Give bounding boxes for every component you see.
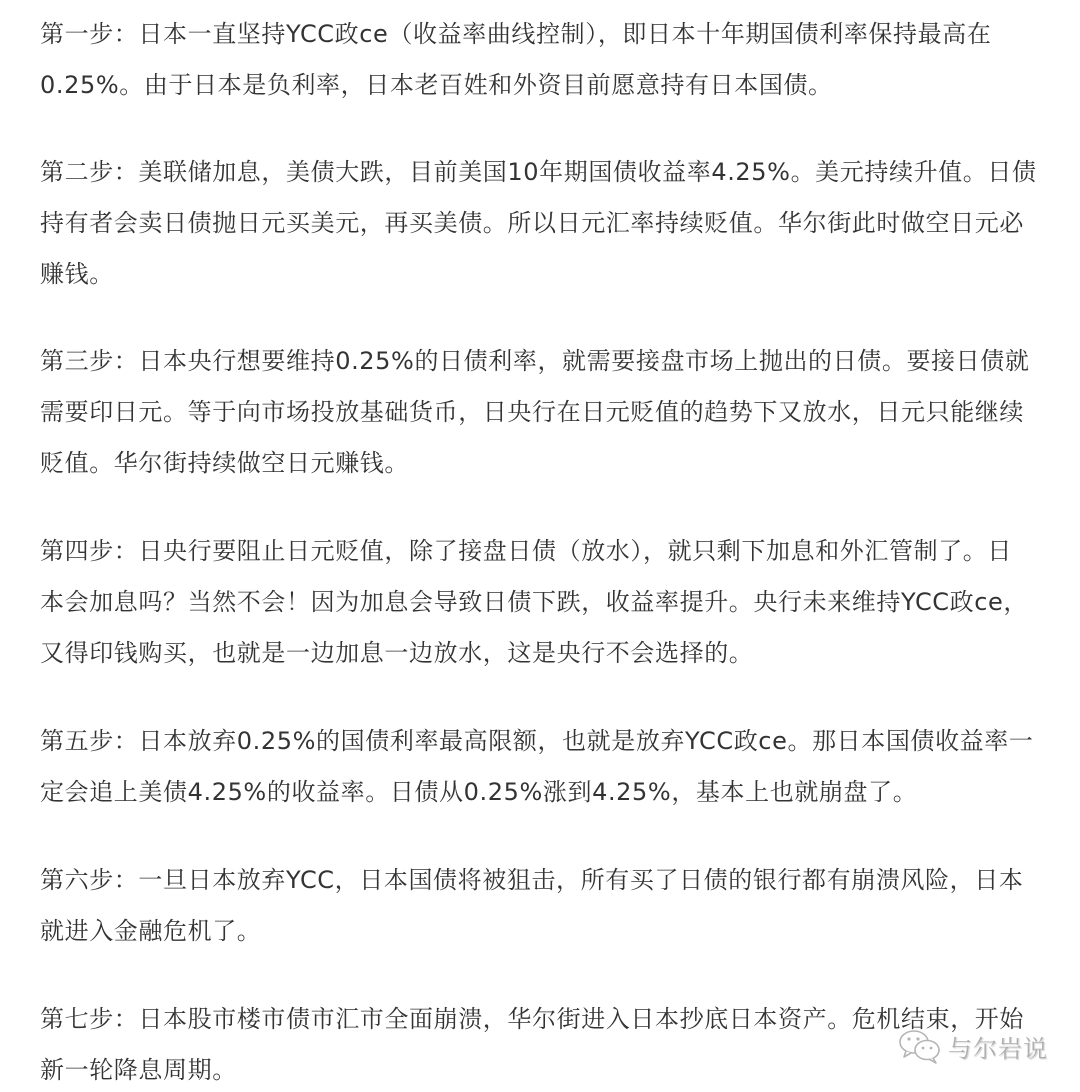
paragraph-line: 持有者会卖日债抛日元买美元，再买美债。所以日元汇率持续贬值。华尔街此时做空日元必 (40, 198, 1052, 249)
paragraph-line: 0.25%。由于日本是负利率，日本老百姓和外资目前愿意持有日本国债。 (40, 60, 1052, 111)
paragraph-line: 第一步：日本一直坚持YCC政ce（收益率曲线控制），即日本十年期国债利率保持最高… (40, 9, 1052, 60)
account-watermark: 与尔岩说 (898, 1026, 1048, 1066)
paragraph-line: 第二步：美联储加息，美债大跌，目前美国10年期国债收益率4.25%。美元持续升值… (40, 147, 1052, 198)
paragraph-step-2: 第二步：美联储加息，美债大跌，目前美国10年期国债收益率4.25%。美元持续升值… (40, 147, 1052, 300)
paragraph-step-5: 第五步：日本放弃0.25%的国债利率最高限额，也就是放弃YCC政ce。那日本国债… (40, 716, 1052, 818)
paragraph-line: 赚钱。 (40, 249, 1052, 300)
paragraph-line: 就进入金融危机了。 (40, 906, 1052, 957)
paragraph-line: 定会追上美债4.25%的收益率。日债从0.25%涨到4.25%，基本上也就崩盘了… (40, 767, 1052, 818)
paragraph-step-4: 第四步：日央行要阻止日元贬值，除了接盘日债（放水），就只剩下加息和外汇管制了。日… (40, 526, 1052, 679)
paragraph-step-6: 第六步：一旦日本放弃YCC，日本国债将被狙击，所有买了日债的银行都有崩溃风险，日… (40, 855, 1052, 957)
paragraph-line: 本会加息吗？当然不会！因为加息会导致日债下跌，收益率提升。央行未来维持YCC政c… (40, 577, 1052, 628)
paragraph-line: 第三步：日本央行想要维持0.25%的日债利率，就需要接盘市场上抛出的日债。要接日… (40, 336, 1052, 387)
paragraph-line: 需要印日元。等于向市场投放基础货币，日央行在日元贬值的趋势下又放水，日元只能继续 (40, 387, 1052, 438)
watermark-text: 与尔岩说 (948, 1029, 1048, 1064)
paragraph-line: 又得印钱购买，也就是一边加息一边放水，这是央行不会选择的。 (40, 628, 1052, 679)
wechat-icon (898, 1028, 942, 1064)
paragraph-line: 第五步：日本放弃0.25%的国债利率最高限额，也就是放弃YCC政ce。那日本国债… (40, 716, 1052, 767)
paragraph-line: 第六步：一旦日本放弃YCC，日本国债将被狙击，所有买了日债的银行都有崩溃风险，日… (40, 855, 1052, 906)
paragraph-step-3: 第三步：日本央行想要维持0.25%的日债利率，就需要接盘市场上抛出的日债。要接日… (40, 336, 1052, 489)
paragraph-line: 第四步：日央行要阻止日元贬值，除了接盘日债（放水），就只剩下加息和外汇管制了。日 (40, 526, 1052, 577)
paragraph-step-1: 第一步：日本一直坚持YCC政ce（收益率曲线控制），即日本十年期国债利率保持最高… (40, 9, 1052, 111)
paragraph-line: 贬值。华尔街持续做空日元赚钱。 (40, 438, 1052, 489)
